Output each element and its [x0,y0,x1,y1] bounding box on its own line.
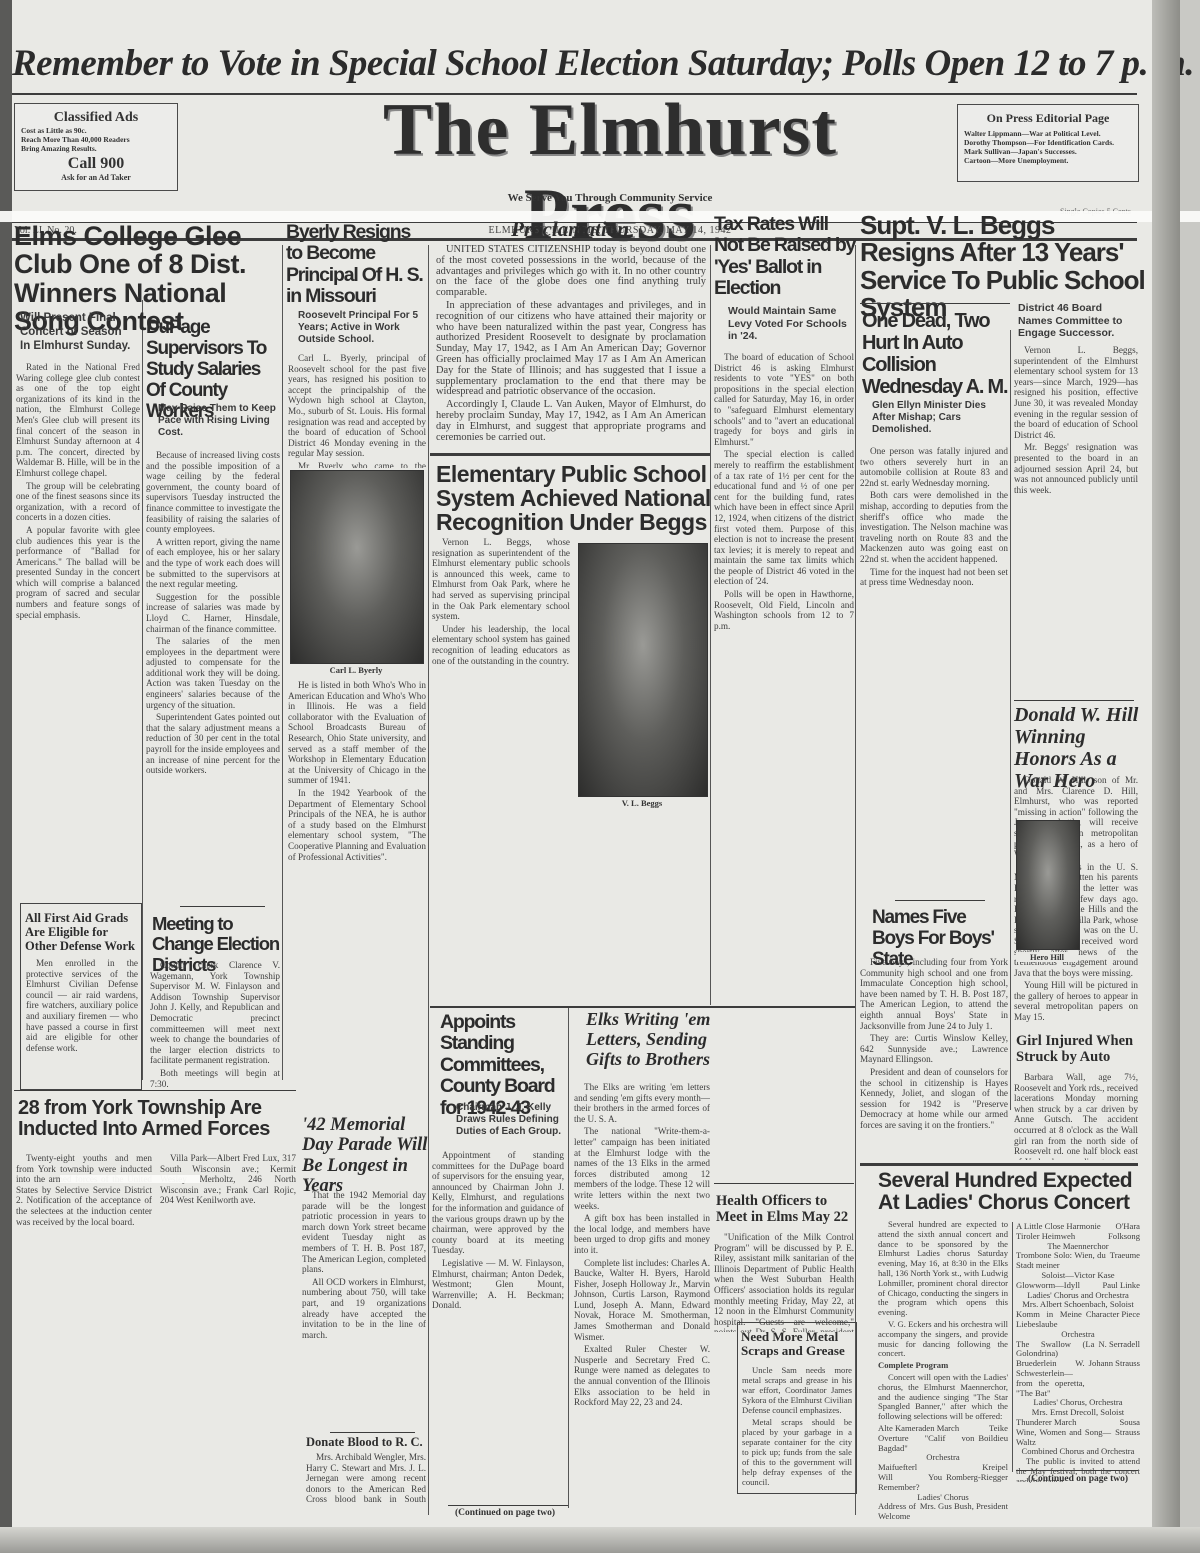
paragraph: "Unification of the Milk Control Program… [714,1232,854,1332]
article-rule [448,1505,568,1506]
article-body-elementary-system: Vernon L. Beggs, whose resignation as su… [432,537,570,1007]
program-composer: Romberg-Riegger [946,1473,1008,1493]
photo-caption: V. L. Beggs [578,798,706,808]
program-composer: Traeume [1110,1251,1140,1271]
deck-tax-rates: Would Maintain Same Levy Voted For Schoo… [728,305,848,343]
continued-note: (Continued on page two) [440,1508,570,1518]
article-rule [430,1006,855,1008]
program-list-left: Alte Kameraden MarchTeikeOverture "Calif… [878,1424,1008,1520]
program-piece: Overture "Calif von Bagdad" [878,1434,974,1454]
paragraph: Men enrolled in the protective services … [26,958,138,1053]
photo-vl-beggs [578,543,708,797]
paragraph: Superintendent Gates pointed out that th… [146,712,280,776]
paragraph: Five boys, including four from York Comm… [860,957,1008,1031]
program-composer: Strauss [1115,1428,1140,1448]
program-piece: Will You Remember? [878,1473,942,1493]
paragraph: Young Hill will be pictured in the galle… [1014,980,1138,1022]
paragraph: Appointment of standing committees for t… [432,1150,564,1256]
ear-line: Cartoon—More Unemployment. [958,156,1138,165]
article-body-memorial-day: That the 1942 Memorial day parade will b… [302,1190,426,1415]
article-body-byerly-bottom: He is listed in both Who's Who in Americ… [288,680,426,1090]
article-body-dupage: Because of increased living costs and th… [146,450,280,872]
program-piece: Bruederlein W. Schwesterlein—from the op… [1016,1359,1085,1398]
classified-ads-ear: Classified Ads Cost as Little as 90c. Re… [14,103,178,191]
paragraph: Suggestion for the possible increase of … [146,592,280,634]
paragraph: V. G. Eckers and his orchestra will acco… [878,1320,1008,1359]
paragraph: President and dean of counselors for the… [860,1067,1008,1131]
paragraph: A gift box has been installed in the loc… [574,1213,710,1255]
headline-tax-rates: Tax Rates Will Not Be Raised by 'Yes' Ba… [714,214,856,300]
article-body-health-officers: "Unification of the Milk Control Program… [714,1232,854,1332]
paragraph: Vernon L. Beggs, superintendent of the E… [1014,345,1138,440]
program-heading: Complete Program [878,1361,1008,1371]
article-body-york-township: Twenty-eight youths and men from York to… [16,1153,296,1528]
election-banner: Remember to Vote in Special School Elect… [12,42,1172,92]
headline-health-officers: Health Officers to Meet in Elms May 22 [716,1194,856,1226]
article-rule [714,1183,854,1184]
column-rule [428,245,429,1515]
ear-line: Dorothy Thompson—For Identification Card… [958,138,1138,147]
ear-call-number: Call 900 [15,155,177,173]
program-piece: Komm in Meine Liebeslaube [1016,1310,1082,1330]
deck-auto-collision: Glen Ellyn Minister Dies After Mishap; C… [872,400,1002,436]
paragraph: Time for the inquest had not been set at… [860,567,1008,588]
paragraph: The group will be celebrating one of the… [16,481,140,523]
program-composer: N. Serradell [1098,1340,1140,1360]
ear-note: Ask for an Ad Taker [15,173,177,182]
article-body-elks: The Elks are writing 'em letters and sen… [574,1082,710,1497]
headline-donate-blood: Donate Blood to R. C. [306,1436,428,1450]
article-body-girl-injured: Barbara Wall, age 7½, Roosevelt and York… [1014,1072,1138,1160]
paragraph: Several hundred are expected to attend t… [878,1220,1008,1318]
program-item: Overture "Calif von Bagdad"Boildieu [878,1434,1008,1454]
paragraph: Twenty-eight youths and men from York to… [16,1153,152,1227]
paragraph: A popular favorite with glee club audien… [16,525,140,620]
headline-memorial-day: '42 Memorial Day Parade Will Be Longest … [302,1115,430,1196]
continued-note: (Continued on page two) [1016,1474,1140,1484]
paragraph: The Elks are writing 'em letters and sen… [574,1082,710,1124]
article-rule [895,900,985,901]
paragraph: Mr. Byerly, who came to the Elmhurst ele… [288,461,426,468]
ear-title: On Press Editorial Page [958,111,1138,126]
paragraph: Complete list includes: Charles A. Bauck… [574,1258,710,1343]
ear-line: Reach More Than 40,000 Readers [15,135,177,144]
article-body-tax-rates: The board of education of School Distric… [714,352,854,1002]
program-item: Komm in Meine LiebeslaubeCharacter Piece [1016,1310,1140,1330]
ear-line: Mark Sullivan—Japan's Successes. [958,147,1138,156]
paragraph: In the 1942 Yearbook of the Department o… [288,788,426,862]
paragraph: The board of education of School Distric… [714,352,854,447]
article-body-chorus-concert: Several hundred are expected to attend t… [878,1220,1008,1520]
program-item: Bruederlein W. Schwesterlein—from the op… [1016,1359,1140,1398]
deck-committees: Chairman J. J. Kelly Draws Rules Definin… [456,1102,571,1138]
paragraph: Concert will open with the Ladies' choru… [878,1373,1008,1422]
photo-carl-byerly [290,470,424,664]
headline-elementary-system: Elementary Public School System Achieved… [436,462,711,534]
headline-chorus-concert: Several Hundred Expected At Ladies' Chor… [878,1170,1143,1214]
paragraph: A written report, giving the name of eac… [146,537,280,590]
paragraph: They are: Curtis Winslow Kelley, 642 Sun… [860,1033,1008,1065]
paragraph: Vernon L. Beggs, whose resignation as su… [432,537,570,622]
photo-caption: Carl L. Byerly [290,665,422,675]
program-item: Address of WelcomeMrs. Gus Bush, Preside… [878,1502,1008,1520]
article-rule [860,1163,1138,1166]
program-piece: The Swallow (La Golondrina) [1016,1340,1094,1360]
program-composer: Johann Strauss [1089,1359,1140,1398]
headline-first-aid: All First Aid Grads Are Eligible for Oth… [25,912,140,953]
article-body-auto-collision: One person was fatally injured and two o… [860,446,1008,886]
program-composer: Folksong [1108,1232,1140,1242]
newspaper-title: The Elmhurst Press [290,88,930,208]
newspaper-page: Remember to Vote in Special School Elect… [0,0,1180,1553]
paragraph: Rated in the National Fred Waring colleg… [16,362,140,479]
paragraph: He is listed in both Who's Who in Americ… [288,680,426,786]
article-body-donate-blood: Mrs. Archibald Wengler, Mrs. Harry C. St… [306,1452,426,1502]
deck-beggs-resigns: District 46 Board Names Committee to Eng… [1018,302,1133,340]
ear-line: Walter Lippmann—War at Political Level. [958,129,1138,138]
proclamation-rule [430,453,710,456]
editorial-page-ear: On Press Editorial Page Walter Lippmann—… [957,104,1139,182]
paragraph: Legislative — M. W. Finlayson, Elmhurst,… [432,1258,564,1311]
photo-caption: Hero Hill [1016,952,1078,962]
paragraph: All OCD workers in Elmhurst, numbering a… [302,1277,426,1341]
paragraph: That the 1942 Memorial day parade will b… [302,1190,426,1275]
tagline: We Serve You Through Community Service [420,192,800,204]
program-composer: Boildieu [978,1434,1008,1454]
scan-artifact [60,1175,200,1183]
ear-title: Classified Ads [15,110,177,126]
article-rule [330,1432,415,1433]
paragraph: Mr. Beggs' resignation was presented to … [1014,442,1138,495]
deck-glee-club: Will Present Final Concert of Season In … [20,312,135,353]
article-rule [180,906,265,907]
column-rule [1012,1222,1013,1472]
headline-auto-collision: One Dead, Two Hurt In Auto Collision Wed… [862,310,1010,398]
program-piece: Trombone Solo: Wien, du Stadt meiner [1016,1251,1106,1271]
paragraph: Under his leadership, the local elementa… [432,624,570,666]
program-piece: Address of Welcome [878,1502,916,1520]
paragraph: Metal scraps should be placed by your ga… [742,1417,852,1487]
column-rule [568,1008,569,1508]
article-rule [1014,700,1134,701]
article-body-glee-club: Rated in the National Fred Waring colleg… [16,362,140,872]
paragraph: Mrs. Archibald Wengler, Mrs. Harry C. St… [306,1452,426,1502]
deck-byerly: Roosevelt Principal For 5 Years; Active … [298,310,424,346]
article-body-metal-scraps: Uncle Sam needs more metal scraps and gr… [742,1365,852,1489]
headline-byerly-resigns: Byerly Resigns to Become Principal Of H.… [286,222,428,308]
program-item: Trombone Solo: Wien, du Stadt meinerTrae… [1016,1251,1140,1271]
paragraph: Carl L. Byerly, principal of Roosevelt s… [288,353,426,459]
paragraph: Both meetings will begin at 7:30. [150,1068,280,1089]
paragraph: County Clerk Clarence V. Wagemann, York … [150,960,280,1066]
paragraph: Accordingly I, Claude L. Van Auken, Mayo… [436,400,706,443]
headline-metal-scraps: Need More Metal Scraps and Grease [741,1330,853,1359]
scan-edge-bottom [0,1527,1200,1553]
article-rule [860,303,1010,304]
program-composer: Character Piece [1086,1310,1140,1330]
program-item: Will You Remember?Romberg-Riegger [878,1473,1008,1493]
article-body-election-districts: County Clerk Clarence V. Wagemann, York … [150,960,280,1090]
column-rule [142,300,143,1080]
ear-line: Cost as Little as 90c. [15,126,177,135]
article-body-chorus-program: A Little Close HarmonieO'HaraTiroler Hei… [1016,1222,1140,1482]
paragraph: Barbara Wall, age 7½, Roosevelt and York… [1014,1072,1138,1160]
article-rule [1016,1470,1138,1471]
paragraph: Exalted Ruler Chester W. Nusperle and Se… [574,1344,710,1408]
paragraph: The national "Write-them-a-letter" campa… [574,1126,710,1211]
article-body-beggs-resigns: Vernon L. Beggs, superintendent of the E… [1014,345,1138,705]
program-item: Wine, Women and Song—WaltzStrauss [1016,1428,1140,1448]
paragraph: Both cars were demolished in the mishap,… [860,490,1008,564]
scan-edge-right [1152,0,1180,1553]
headline-girl-injured: Girl Injured When Struck by Auto [1016,1034,1138,1066]
paragraph: Because of increased living costs and th… [146,450,280,535]
paragraph: In appreciation of these advantages and … [436,301,706,398]
article-body-proclamation: UNITED STATES CITIZENSHIP today is beyon… [436,245,706,450]
article-body-first-aid: Men enrolled in the protective services … [26,958,138,1083]
program-item: The Swallow (La Golondrina)N. Serradell [1016,1340,1140,1360]
paragraph: Uncle Sam needs more metal scraps and gr… [742,1365,852,1415]
photo-hero-hill [1016,820,1080,950]
headline-elks: Elks Writing 'em Letters, Sending Gifts … [586,1010,711,1069]
paragraph: The salaries of the men employees in the… [146,636,280,710]
paragraph: The special election is called merely to… [714,449,854,587]
column-rule [1010,330,1011,1110]
deck-dupage: May Raise Them to Keep Pace with Rising … [158,403,278,439]
headline-proclamation: Proclamation [430,218,710,241]
article-body-byerly-top: Carl L. Byerly, principal of Roosevelt s… [288,353,426,468]
article-rule [14,1090,296,1091]
paragraph: UNITED STATES CITIZENSHIP today is beyon… [436,245,706,299]
headline-york-township: 28 from York Township Are Inducted Into … [18,1098,298,1140]
article-body-committees: Appointment of standing committees for t… [432,1150,564,1502]
column-rule [710,245,711,1005]
program-composer: Mrs. Gus Bush, President [920,1502,1008,1520]
paragraph: Polls will be open in Hawthorne, Rooseve… [714,589,854,631]
program-list-right: A Little Close HarmonieO'HaraTiroler Hei… [1016,1222,1140,1457]
ear-line: Bring Amazing Results. [15,144,177,153]
paragraph: One person was fatally injured and two o… [860,446,1008,488]
article-body-boys-state: Five boys, including four from York Comm… [860,957,1008,1157]
program-piece: Wine, Women and Song—Waltz [1016,1428,1111,1448]
scan-edge-left [0,0,12,1553]
